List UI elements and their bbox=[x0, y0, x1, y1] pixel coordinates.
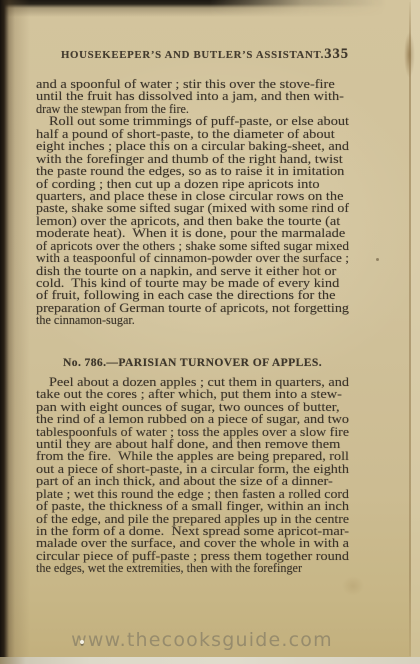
page-edge-smudge bbox=[404, 32, 415, 78]
scan-edge-right-margin bbox=[411, 0, 420, 657]
text-line: the cinnamon-sugar. bbox=[36, 314, 349, 326]
paragraph: and a spoonful of water ; stir this over… bbox=[36, 78, 349, 115]
paper-stain bbox=[342, 576, 364, 596]
page-edge-line bbox=[409, 2, 411, 656]
watermark: www.thecooksguide.com bbox=[0, 629, 412, 651]
paper-speck bbox=[376, 258, 379, 261]
running-head: HOUSEKEEPER’S AND BUTLER’S ASSISTANT. 33… bbox=[36, 49, 349, 65]
section-heading: No. 786.—PARISIAN TURNOVER OF APPLES. bbox=[36, 356, 349, 370]
text-line: the edges, wet the extremities, then wit… bbox=[36, 562, 349, 574]
paragraph: Roll out some trimmings of puff-paste, o… bbox=[36, 115, 349, 326]
running-title: HOUSEKEEPER’S AND BUTLER’S ASSISTANT. bbox=[36, 49, 349, 61]
scan-edge-top bbox=[0, 0, 420, 18]
text-block: and a spoonful of water ; stir this over… bbox=[36, 78, 349, 575]
book-page-scan: HOUSEKEEPER’S AND BUTLER’S ASSISTANT. 33… bbox=[0, 0, 420, 664]
scan-edge-left bbox=[0, 0, 32, 657]
page-number: 335 bbox=[324, 46, 349, 63]
paragraph: Peel about a dozen apples ; cut them in … bbox=[36, 376, 349, 575]
scan-edge-bottom bbox=[0, 657, 420, 664]
